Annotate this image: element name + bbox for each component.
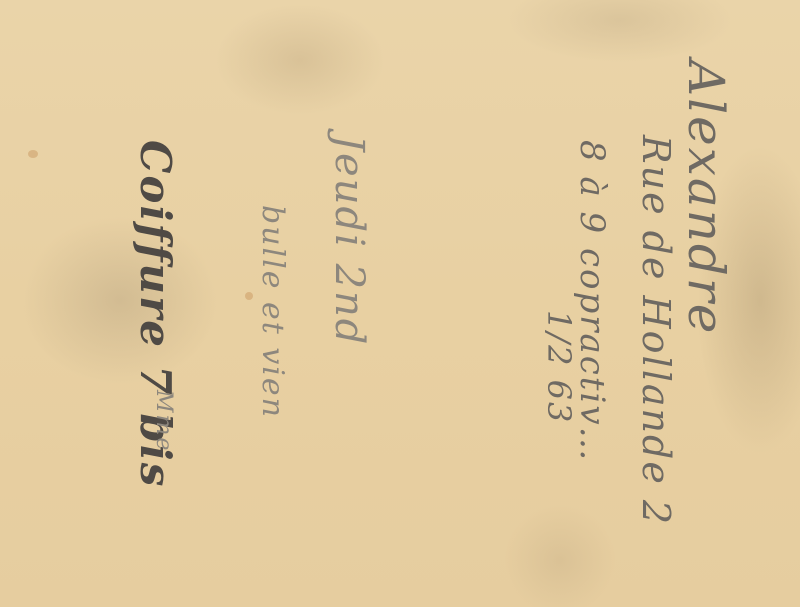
handwritten-line-name: Alexandre xyxy=(677,60,735,335)
handwritten-line-address: Rue de Hollande 2 xyxy=(634,135,678,526)
handwritten-line-day: Jeudi 2nd xyxy=(326,135,372,346)
aged-paper-document: Alexandre Rue de Hollande 2 8 à 9 coprac… xyxy=(0,0,800,607)
handwritten-line-hours: 8 à 9 copractiv… xyxy=(572,140,612,463)
handwritten-line-small: Mme xyxy=(151,390,176,452)
stain xyxy=(28,150,38,158)
stain xyxy=(245,292,253,300)
handwritten-line-number: 1/2 63 xyxy=(540,310,578,424)
handwritten-line-note: bulle et vien xyxy=(255,205,290,419)
